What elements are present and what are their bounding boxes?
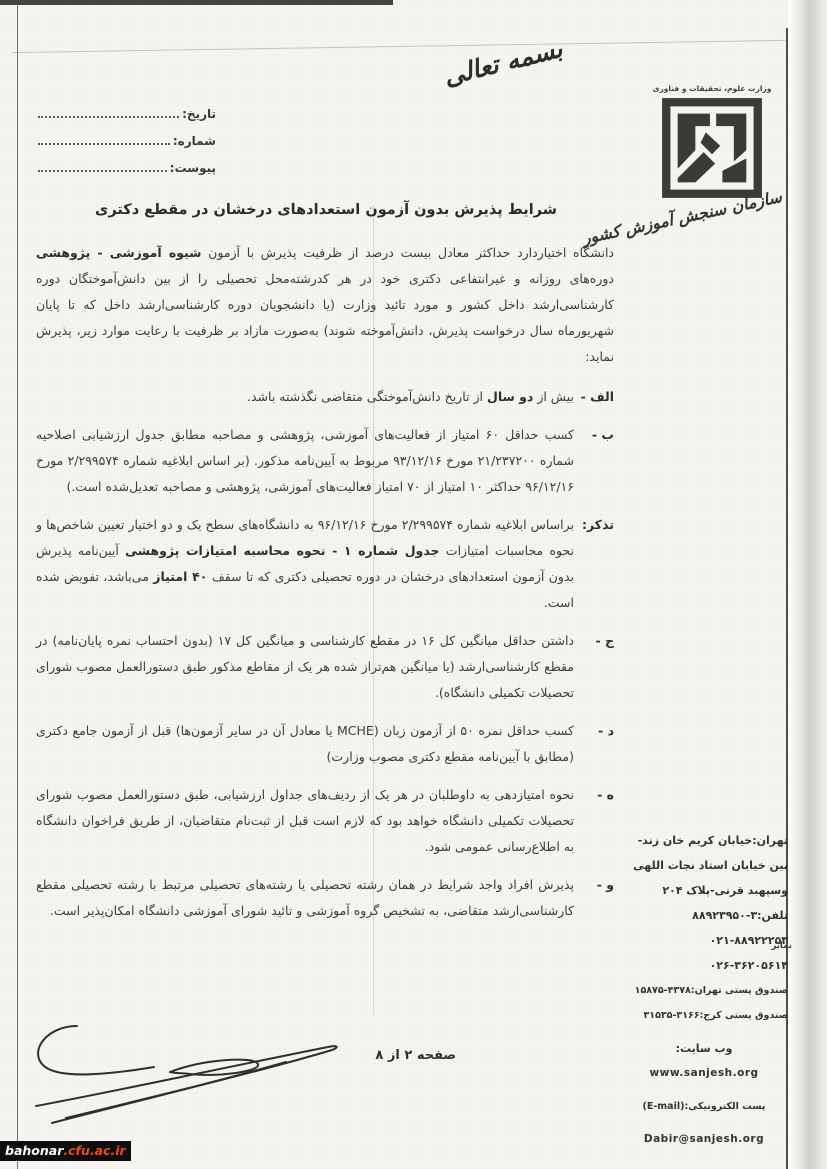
sanjesh-logo-icon — [660, 96, 764, 200]
scanned-letter-page: بسمه تعالی تاریخ: شماره: پیوست: وزارت عل… — [0, 0, 827, 1169]
intro-text-cont: دوره‌های روزانه و غیرانتفاعی دکتری خود د… — [36, 271, 614, 364]
page-number: صفحه ۲ از ۸ — [360, 1048, 456, 1063]
handwritten-signature — [22, 1010, 367, 1130]
clause-text: براساس ابلاغیه شماره ۲/۲۹۹۵۷۴ مورخ ۹۶/۱۲… — [36, 512, 574, 616]
clause-jim: ج - داشتن حداقل میانگین کل ۱۶ در مقطع کا… — [36, 628, 614, 706]
attachment-field: پیوست: — [38, 148, 216, 175]
clause-bold-run: ۴۰ امتیاز — [153, 569, 207, 584]
clause-label: ج - — [574, 628, 614, 706]
clause-vav: و - پذیرش افراد واجد شرایط در همان رشته … — [36, 872, 614, 924]
clause-bold-run: جدول شماره ۱ - نحوه محاسبه امتیازات پژوه… — [125, 543, 439, 558]
clause-label: تذکر: — [574, 512, 614, 616]
clause-text: کسب حداقل ۶۰ امتیاز از فعالیت‌های آموزشی… — [36, 422, 574, 500]
address-line: تهران:خیابان کریم خان زند- — [620, 828, 788, 853]
number-label: شماره: — [173, 134, 216, 148]
scan-edge-left — [17, 4, 18, 1169]
contact-sidebar: تهران:خیابان کریم خان زند- بین خیابان اس… — [620, 828, 788, 1152]
intro-paragraph: دانشگاه اختیاردارد حداکثر معادل بیست درص… — [36, 240, 614, 370]
watermark-prefix: bahonar — [5, 1141, 63, 1161]
pobox-karaj: صندوق پستی کرج:۳۱۶۶-۳۱۵۳۵ — [620, 1003, 788, 1028]
intro-text: دانشگاه اختیاردارد حداکثر معادل بیست درص… — [201, 245, 614, 260]
intro-bold-text: شیوه آموزشی - پژوهشی — [36, 245, 201, 260]
watermark-suffix: .cfu.ac.ir — [63, 1141, 125, 1161]
website-label: وب سایت: — [620, 1036, 788, 1061]
fax-number: ۰۲۱-۸۸۹۲۲۲۵۳ — [620, 928, 788, 953]
clause-label: د - — [574, 718, 614, 770]
clause-note: تذکر: براساس ابلاغیه شماره ۲/۲۹۹۵۷۴ مورخ… — [36, 512, 614, 616]
clause-text-run: داشتن حداقل میانگین کل ۱۶ در مقطع کارشنا… — [36, 633, 574, 700]
bismillah-calligraphy: بسمه تعالی — [436, 33, 569, 93]
number-dotted-line — [38, 142, 170, 145]
address-line: بین خیابان استاد نجات اللهی — [620, 853, 788, 878]
clause-text-run: از تاریخ دانش‌آموختگی متقاضی نگذشته باشد… — [247, 389, 487, 404]
website-url: www.sanjesh.org — [620, 1061, 788, 1086]
email-label: پست الکترونیکی:(E-mail) — [620, 1094, 788, 1119]
clause-he: ه - نحوه امتیازدهی به داوطلبان در هر یک … — [36, 782, 614, 860]
clause-text: کسب حداقل نمره ۵۰ از آزمون زبان (MCHE یا… — [36, 718, 574, 770]
clause-text-run: کسب حداقل نمره ۵۰ از آزمون زبان (MCHE یا… — [36, 723, 574, 764]
clause-label: ه - — [574, 782, 614, 860]
pobox-tehran: صندوق پستی تهران:۴۳۷۸-۱۵۸۷۵ — [620, 978, 788, 1003]
clause-label: و - — [574, 872, 614, 924]
clause-text-run: نحوه امتیازدهی به داوطلبان در هر یک از ر… — [36, 787, 574, 854]
scan-page-curl — [788, 0, 827, 1169]
clause-dal: د - کسب حداقل نمره ۵۰ از آزمون زبان (MCH… — [36, 718, 614, 770]
phone-line: تلفن:۳-۸۸۹۲۳۹۵۰ — [620, 903, 788, 928]
clause-bold-run: دو سال — [487, 389, 533, 404]
clause-label: ب - — [574, 422, 614, 500]
letter-meta-fields: تاریخ: شماره: پیوست: — [38, 94, 216, 175]
ministry-name: وزارت علوم، تحقیقات و فناوری — [648, 84, 776, 93]
document-body: دانشگاه اختیاردارد حداکثر معادل بیست درص… — [36, 240, 614, 936]
attachment-dotted-line — [38, 169, 167, 172]
number-field: شماره: — [38, 121, 216, 148]
clause-label: الف - — [574, 384, 614, 410]
clause-text: پذیرش افراد واجد شرایط در همان رشته تحصی… — [36, 872, 574, 924]
date-dotted-line — [38, 115, 179, 118]
clause-text-run: بیش از — [533, 389, 574, 404]
attachment-label: پیوست: — [170, 161, 216, 175]
clause-text: داشتن حداقل میانگین کل ۱۶ در مقطع کارشنا… — [36, 628, 574, 706]
fax-number: ۰۲۶-۳۶۲۰۵۶۱۴ — [620, 953, 788, 978]
scan-edge-top — [0, 0, 393, 5]
clause-text: بیش از دو سال از تاریخ دانش‌آموختگی متقا… — [36, 384, 574, 410]
clause-text-run: کسب حداقل ۶۰ امتیاز از فعالیت‌های آموزشی… — [36, 427, 574, 494]
date-field: تاریخ: — [38, 94, 216, 121]
email-address: Dabir@sanjesh.org — [620, 1127, 788, 1152]
date-label: تاریخ: — [182, 107, 216, 121]
document-title: شرایط پذیرش بدون آزمون استعدادهای درخشان… — [40, 202, 612, 218]
clause-be: ب - کسب حداقل ۶۰ امتیاز از فعالیت‌های آم… — [36, 422, 614, 500]
site-watermark: bahonar.cfu.ac.ir — [0, 1141, 131, 1161]
scan-crease-line — [12, 40, 787, 53]
fax-label: نمابر — [771, 941, 792, 951]
clause-text: نحوه امتیازدهی به داوطلبان در هر یک از ر… — [36, 782, 574, 860]
clause-alef: الف - بیش از دو سال از تاریخ دانش‌آموختگ… — [36, 384, 614, 410]
clause-text-run: پذیرش افراد واجد شرایط در همان رشته تحصی… — [36, 877, 574, 918]
address-line: وسپهبد قرنی-پلاک ۲۰۴ — [620, 878, 788, 903]
fax-block: نمابر ۰۲۱-۸۸۹۲۲۲۵۳ ۰۲۶-۳۶۲۰۵۶۱۴ — [620, 928, 788, 978]
